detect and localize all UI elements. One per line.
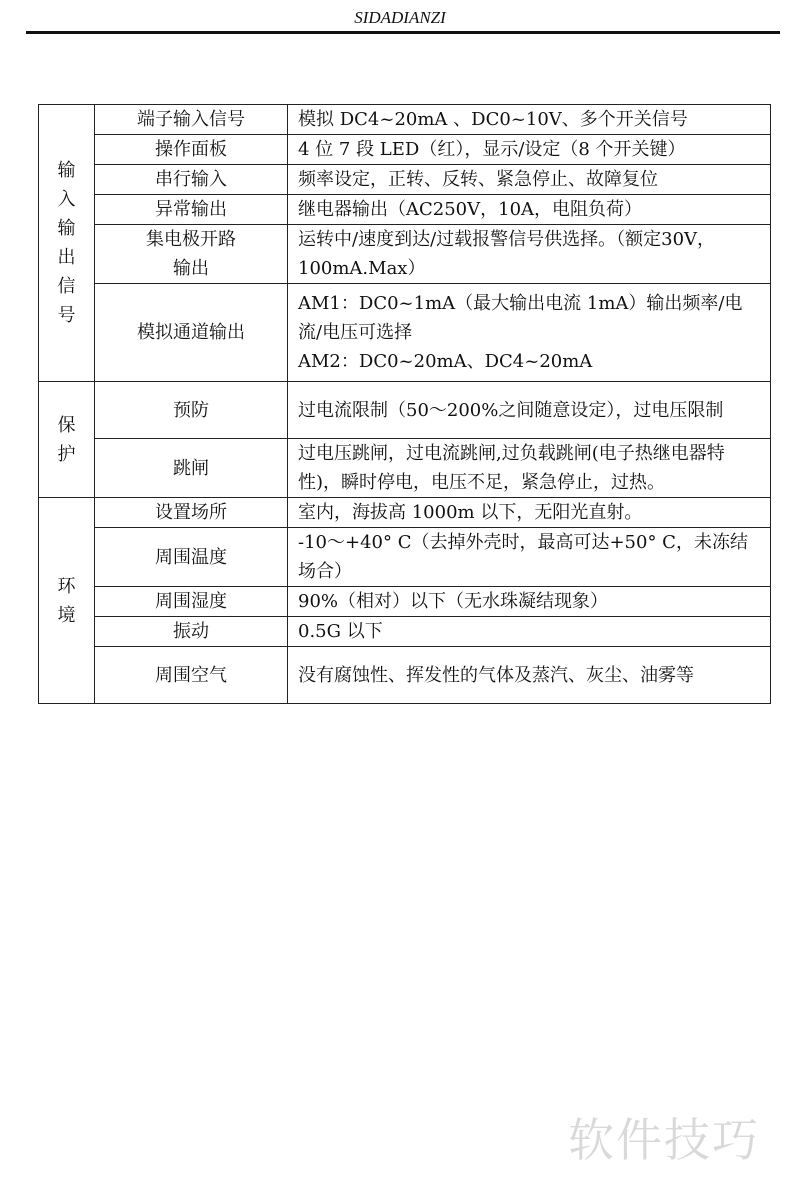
group-char: 输 bbox=[49, 156, 84, 185]
item-label: 周围温度 bbox=[95, 528, 288, 587]
table-row: 集电极开路 输出 运转中/速度到达/过载报警信号供选择。（额定30V，100mA… bbox=[39, 225, 771, 284]
group-char: 保 bbox=[49, 411, 84, 440]
item-label: 串行输入 bbox=[95, 165, 288, 195]
watermark-text: 软件技巧 bbox=[568, 1104, 760, 1170]
group-char: 信 bbox=[49, 272, 84, 301]
group-label-io: 输 入 输 出 信 号 bbox=[39, 105, 95, 382]
table-row: 串行输入 频率设定，正转、反转、紧急停止、故障复位 bbox=[39, 165, 771, 195]
group-char: 输 bbox=[49, 214, 84, 243]
item-label: 端子输入信号 bbox=[95, 105, 288, 135]
group-label-protection: 保 护 bbox=[39, 382, 95, 498]
group-char: 境 bbox=[49, 601, 84, 630]
group-char: 出 bbox=[49, 243, 84, 272]
item-label: 操作面板 bbox=[95, 135, 288, 165]
item-label: 跳闸 bbox=[95, 439, 288, 498]
group-char: 护 bbox=[49, 440, 84, 469]
item-value: 过电流限制（50～200%之间随意设定），过电压限制 bbox=[288, 382, 771, 439]
group-char: 入 bbox=[49, 185, 84, 214]
item-value: 0.5G 以下 bbox=[288, 617, 771, 647]
table-row: 异常输出 继电器输出（AC250V，10A，电阻负荷） bbox=[39, 195, 771, 225]
item-value: 模拟 DC4~20mA 、DC0~10V、多个开关信号 bbox=[288, 105, 771, 135]
table-row: 输 入 输 出 信 号 端子输入信号 模拟 DC4~20mA 、DC0~10V、… bbox=[39, 105, 771, 135]
table-row: 保 护 预防 过电流限制（50～200%之间随意设定），过电压限制 bbox=[39, 382, 771, 439]
page-header-title: SIDADIANZI bbox=[0, 8, 800, 28]
table-row: 周围湿度 90%（相对）以下（无水珠凝结现象） bbox=[39, 587, 771, 617]
item-value: AM1：DC0~1mA（最大输出电流 1mA）输出频率/电流/电压可选择 AM2… bbox=[288, 284, 771, 382]
table-row: 跳闸 过电压跳闸，过电流跳闸,过负载跳闸(电子热继电器特性)，瞬时停电，电压不足… bbox=[39, 439, 771, 498]
item-label-line: 输出 bbox=[105, 254, 277, 283]
item-value: 运转中/速度到达/过载报警信号供选择。（额定30V，100mA.Max） bbox=[288, 225, 771, 284]
table-row: 周围温度 -10～+40° C（去掉外壳时，最高可达+50° C，未冻结场合） bbox=[39, 528, 771, 587]
item-label: 周围湿度 bbox=[95, 587, 288, 617]
item-value-line: AM1：DC0~1mA（最大输出电流 1mA）输出频率/电流/电压可选择 bbox=[298, 289, 760, 347]
item-label: 异常输出 bbox=[95, 195, 288, 225]
item-value: 过电压跳闸，过电流跳闸,过负载跳闸(电子热继电器特性)，瞬时停电，电压不足，紧急… bbox=[288, 439, 771, 498]
group-char: 环 bbox=[49, 572, 84, 601]
item-value: 继电器输出（AC250V，10A，电阻负荷） bbox=[288, 195, 771, 225]
group-char: 号 bbox=[49, 301, 84, 330]
group-label-environment: 环 境 bbox=[39, 498, 95, 704]
item-value-line: AM2：DC0~20mA、DC4~20mA bbox=[298, 347, 760, 376]
item-label-line: 集电极开路 bbox=[105, 225, 277, 254]
item-label: 预防 bbox=[95, 382, 288, 439]
table-row: 模拟通道输出 AM1：DC0~1mA（最大输出电流 1mA）输出频率/电流/电压… bbox=[39, 284, 771, 382]
item-value: 4 位 7 段 LED（红），显示/设定（8 个开关键） bbox=[288, 135, 771, 165]
item-label: 集电极开路 输出 bbox=[95, 225, 288, 284]
table-row: 振动 0.5G 以下 bbox=[39, 617, 771, 647]
item-value: -10～+40° C（去掉外壳时，最高可达+50° C，未冻结场合） bbox=[288, 528, 771, 587]
table-row: 环 境 设置场所 室内，海拔高 1000m 以下，无阳光直射。 bbox=[39, 498, 771, 528]
item-value: 频率设定，正转、反转、紧急停止、故障复位 bbox=[288, 165, 771, 195]
item-label: 振动 bbox=[95, 617, 288, 647]
table-row: 操作面板 4 位 7 段 LED（红），显示/设定（8 个开关键） bbox=[39, 135, 771, 165]
item-value: 90%（相对）以下（无水珠凝结现象） bbox=[288, 587, 771, 617]
item-value: 室内，海拔高 1000m 以下，无阳光直射。 bbox=[288, 498, 771, 528]
spec-table: 输 入 输 出 信 号 端子输入信号 模拟 DC4~20mA 、DC0~10V、… bbox=[38, 104, 771, 704]
header-rule bbox=[26, 31, 780, 34]
table-row: 周围空气 没有腐蚀性、挥发性的气体及蒸汽、灰尘、油雾等 bbox=[39, 647, 771, 704]
item-label: 设置场所 bbox=[95, 498, 288, 528]
item-value: 没有腐蚀性、挥发性的气体及蒸汽、灰尘、油雾等 bbox=[288, 647, 771, 704]
item-label: 周围空气 bbox=[95, 647, 288, 704]
item-label: 模拟通道输出 bbox=[95, 284, 288, 382]
